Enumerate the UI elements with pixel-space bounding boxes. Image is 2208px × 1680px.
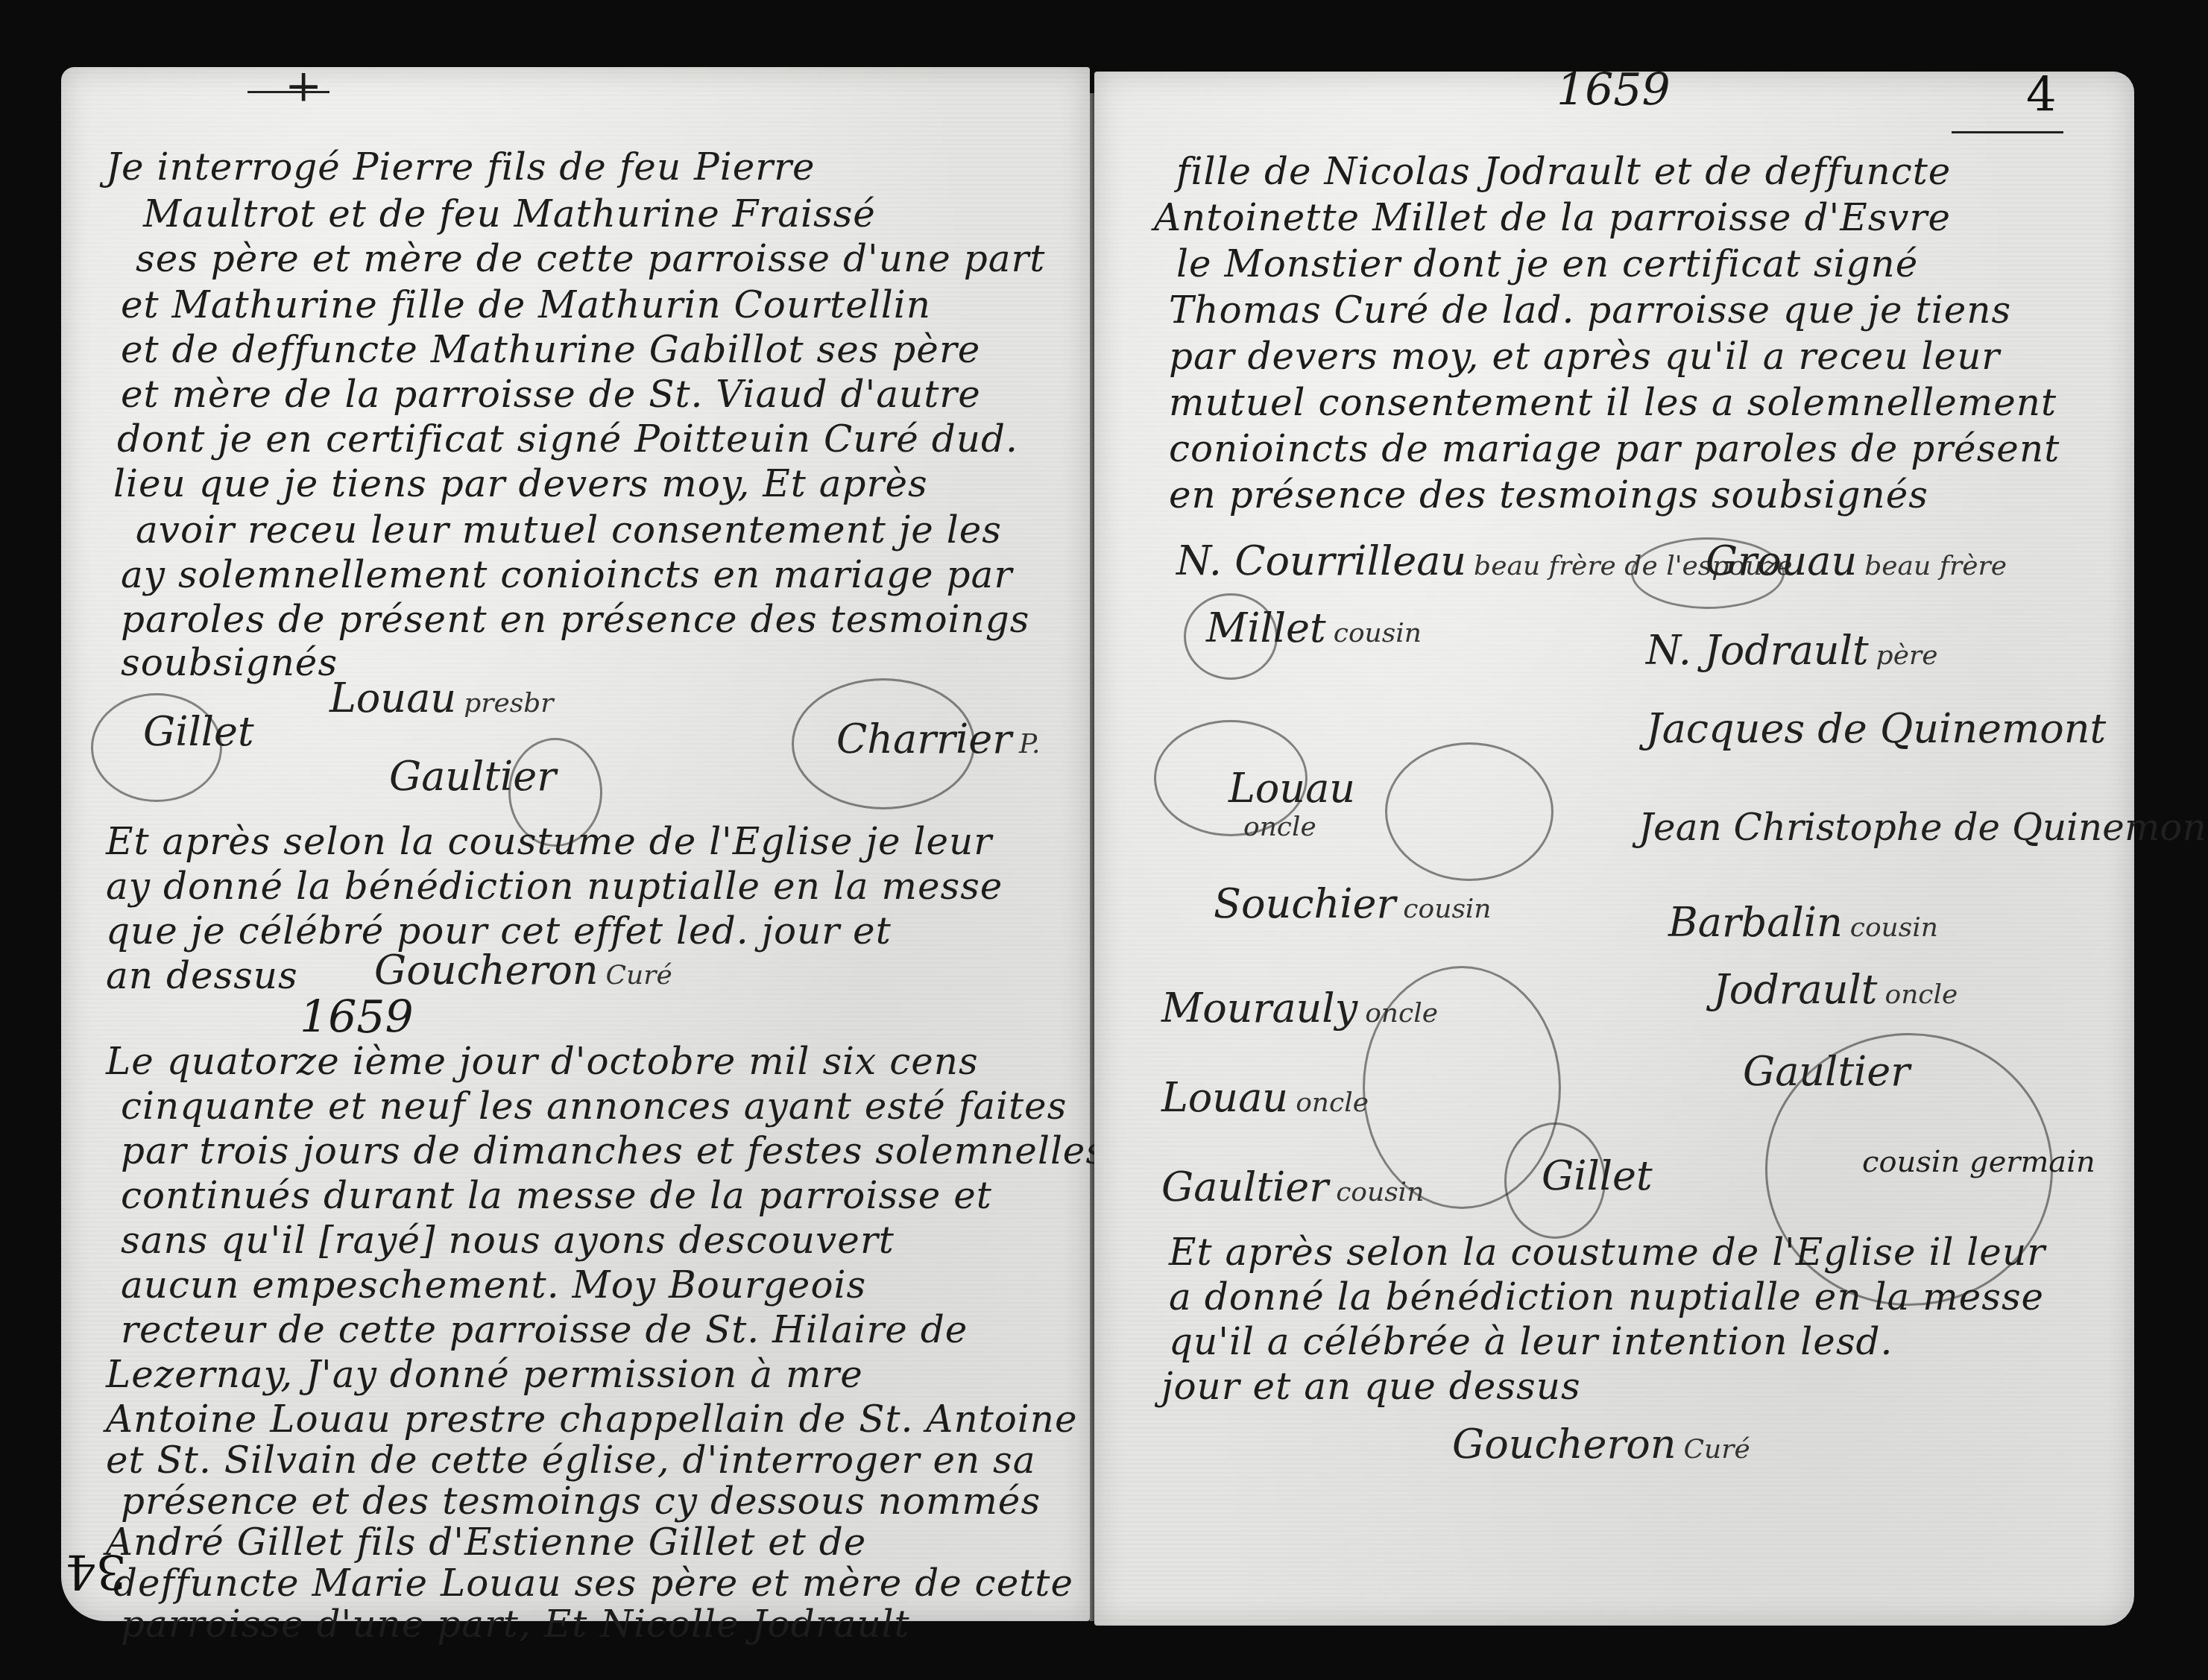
signature: Jacques de Quinemont (1646, 705, 2106, 752)
benediction-line: Et après selon la coustume de l'Eglise i… (1169, 1231, 2045, 1274)
signature-role: P. (1019, 729, 1040, 760)
entry1-line: Maultrot et de feu Mathurine Fraissé (143, 192, 876, 236)
benediction-line: a donné la bénédiction nuptialle en la m… (1169, 1275, 2044, 1319)
signature-role: beau frère (1864, 551, 2007, 581)
signature-name: Goucheron (374, 947, 599, 994)
signature-flourish (1385, 742, 1554, 881)
signature: Grouaubeau frère (1706, 537, 2007, 584)
signature-role: presbr (464, 688, 553, 719)
entry1-line: et Mathurine fille de Mathurin Courtelli… (121, 283, 931, 326)
signature-role: cousin (1336, 1177, 1424, 1207)
signature: N. Jodraultpère (1646, 627, 1937, 674)
entry1-line: ay solemnellement conioincts en mariage … (121, 553, 1012, 596)
signature-role: cousin (1403, 894, 1491, 924)
signature-role: père (1876, 640, 1938, 671)
signature-name: Mourauly (1161, 985, 1357, 1032)
benediction-line: Et après selon la coustume de l'Eglise j… (106, 820, 992, 863)
signature-charrier: CharrierP. (836, 716, 1040, 762)
signature-role: oncle (1296, 1087, 1369, 1118)
entry1-line: ses père et mère de cette parroisse d'un… (136, 237, 1045, 280)
curate-signature: GoucheronCuré (374, 947, 672, 994)
signature-name: Gaultier (1161, 1163, 1328, 1210)
left-page: + Je interrogé Pierre fils de feu Pierre… (61, 67, 1090, 1621)
signature-name: N. Courrilleau (1176, 537, 1466, 584)
entry2-line: André Gillet fils d'Estienne Gillet et d… (106, 1520, 866, 1564)
signature-name: Louau (1228, 765, 1355, 812)
signature: Souchiercousin (1214, 880, 1492, 927)
entry2-line: continués durant la messe de la parroiss… (121, 1174, 992, 1217)
entry2-line: Le quatorze ième jour d'octobre mil six … (106, 1040, 979, 1083)
signature-gillet: Gillet (143, 708, 254, 755)
signature-name: Louau (329, 675, 456, 721)
signature-role: Curé (606, 960, 672, 991)
entry-line: mutuel consentement il les a solemnellem… (1169, 381, 2057, 424)
signature-name: Grouau (1706, 537, 1857, 584)
signature-name: Charrier (836, 716, 1012, 762)
signature-name: Goucheron (1452, 1421, 1676, 1468)
entry2-line: par trois jours de dimanches et festes s… (121, 1129, 1105, 1172)
signature-name: Jean Christophe de Quinemont (1638, 806, 2208, 849)
signature: Gaultiercousin (1161, 1163, 1424, 1210)
entry-line: Thomas Curé de lad. parroisse que je tie… (1169, 288, 2011, 332)
cross-bar (247, 91, 329, 93)
benediction-line: qu'il a célébrée à leur intention lesd. (1169, 1320, 1893, 1363)
entry1-line: avoir receu leur mutuel consentement je … (136, 508, 1002, 552)
entry1-line: paroles de présent en présence des tesmo… (121, 598, 1029, 641)
benediction-line: jour et an que dessus (1161, 1365, 1581, 1408)
entry1-line: lieu que je tiens par devers moy, Et apr… (113, 462, 928, 505)
cross-mark: + (285, 60, 323, 112)
entry1-line: et mère de la parroisse de St. Viaud d'a… (121, 373, 981, 416)
entry-line: en présence des tesmoings soubsignés (1169, 473, 1928, 517)
benediction-line: an dessus (106, 954, 298, 997)
year-heading: 1659 (300, 991, 414, 1043)
signature: Milletcousin (1206, 604, 1422, 651)
signature-name: Gillet (1542, 1152, 1653, 1199)
entry1-line: dont je en certificat signé Poitteuin Cu… (117, 417, 1018, 461)
signature-role: Curé (1684, 1434, 1750, 1465)
entry2-line: et St. Silvain de cette église, d'interr… (106, 1439, 1036, 1482)
signature: Jean Christophe de Quinemont (1638, 806, 2208, 849)
signature-name: Souchier (1214, 880, 1395, 927)
curate-signature: GoucheronCuré (1452, 1421, 1750, 1468)
entry2-line: sans qu'il [rayé] nous ayons descouvert (121, 1219, 895, 1262)
entry-line: Antoinette Millet de la parroisse d'Esvr… (1154, 196, 1951, 239)
benediction-line: ay donné la bénédiction nuptialle en la … (106, 865, 1003, 908)
entry1-line: et de deffuncte Mathurine Gabillot ses p… (121, 328, 980, 371)
signature-name: cousin germain (1862, 1145, 2095, 1179)
entry-line: fille de Nicolas Jodrault et de deffunct… (1176, 150, 1951, 193)
folio-underline (1952, 131, 2063, 133)
entry2-line: aucun empeschement. Moy Bourgeois (121, 1263, 866, 1307)
entry-line: le Monstier dont je en certificat signé (1176, 242, 1918, 285)
signature: cousin germain (1862, 1145, 2095, 1179)
entry2-line: parroisse d'une part, Et Nicolle Jodraul… (121, 1602, 910, 1646)
signature: Barbalincousin (1668, 899, 1938, 946)
year-heading: 1659 (1556, 64, 1671, 116)
folio-number: 4 (2026, 68, 2057, 123)
entry1-line: Je interrogé Pierre fils de feu Pierre (106, 145, 816, 189)
entry2-line: présence et des tesmoings cy dessous nom… (121, 1480, 1041, 1523)
entry2-line: recteur de cette parroisse de St. Hilair… (121, 1308, 968, 1351)
signature-name: Louau (1161, 1074, 1288, 1121)
signature-name: Jacques de Quinemont (1646, 705, 2106, 752)
signature-role: oncle (1884, 979, 1958, 1010)
signature: Louauoncle (1161, 1074, 1369, 1121)
entry2-line: cinquante et neuf les annonces ayant est… (121, 1084, 1067, 1128)
signature-role: oncle (1243, 812, 1355, 842)
right-page: 1659 4 fille de Nicolas Jodrault et de d… (1094, 72, 2134, 1626)
entry-line: par devers moy, et après qu'il a receu l… (1169, 335, 2000, 378)
entry1-line: soubsignés (121, 641, 338, 684)
entry2-line: deffuncte Marie Louau ses père et mère d… (113, 1561, 1073, 1605)
entry2-line: Lezernay, J'ay donné permission à mre (106, 1353, 863, 1396)
signature-name: N. Jodrault (1646, 627, 1869, 674)
signature-role: cousin (1850, 912, 1938, 943)
entry2-line: Antoine Louau prestre chappellain de St.… (106, 1398, 1078, 1441)
folio-number-upside-down: 34 (66, 1543, 126, 1598)
signature-louau: Louaupresbr (329, 675, 553, 721)
entry-line: conioincts de mariage par paroles de pré… (1169, 427, 2060, 470)
signature: Louau oncle (1228, 765, 1355, 842)
signature-name: Barbalin (1668, 899, 1843, 946)
signature: Jodraultoncle (1713, 966, 1958, 1013)
signature-name: Jodrault (1713, 966, 1877, 1013)
signature-name: Millet (1206, 604, 1326, 651)
signature-role: cousin (1334, 618, 1422, 648)
signature: Gillet (1542, 1152, 1653, 1199)
